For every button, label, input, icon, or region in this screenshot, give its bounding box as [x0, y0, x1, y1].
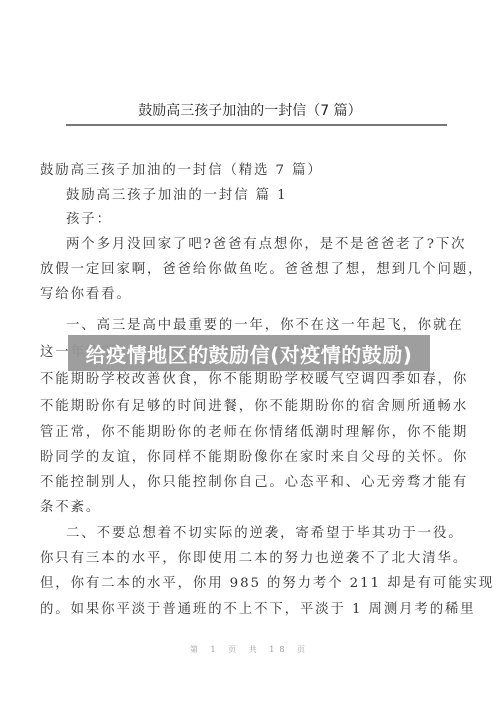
title-rule — [66, 124, 447, 126]
body-line: 但，你有二本的水平，你用 985 的努力考个 211 却是有可能实现 — [40, 575, 456, 593]
body-line: 一、高三是高中最重要的一年，你不在这一年起飞，你就在 — [66, 317, 482, 335]
body-line: 管正常，你不能期盼你的老师在你情绪低潮时理解你，你不能期 — [40, 424, 456, 442]
body-line: 盼同学的友谊，你同样不能期盼像你在家时来自父母的关怀。你 — [40, 449, 456, 467]
body-line: 两个多月没回家了吧?爸爸有点想你，是不是爸爸老了?下次 — [66, 236, 482, 254]
body-line: 不能控制别人，你只能控制你自己。心态平和、心无旁骛才能有 — [40, 474, 456, 492]
body-line: 不能期盼你有足够的时间进餐，你不能期盼你的宿舍厕所通畅水 — [40, 398, 456, 416]
page-footer: 第 1 页 共 18 页 — [0, 644, 500, 655]
body-line: 二、不要总想着不切实际的逆袭，寄希望于毕其功于一役。 — [66, 525, 482, 543]
document-title: 鼓励高三孩子加油的一封信（7 篇） — [0, 100, 500, 120]
section-heading: 鼓励高三孩子加油的一封信 篇 1 — [66, 187, 482, 205]
body-line: 写给你看看。 — [40, 286, 456, 304]
banner-title: 给疫情地区的鼓励信(对疫情的鼓励) — [86, 339, 413, 368]
body-line: 条不紊。 — [40, 499, 456, 517]
body-line: 不能期盼学校改善伙食，你不能期盼学校暖气空调四季如春，你 — [40, 371, 456, 389]
body-line: 的。如果你平淡于普通班的不上不下，平淡于 1 周测月考的稀里 — [40, 601, 456, 619]
subtitle-line: 鼓励高三孩子加油的一封信（精选 7 篇） — [40, 162, 456, 180]
salutation: 孩子： — [66, 211, 482, 229]
title-banner: 给疫情地区的鼓励信(对疫情的鼓励) — [68, 335, 430, 371]
body-line: 你只有三本的水平，你即使用二本的努力也逆袭不了北大清华。 — [40, 550, 456, 568]
body-line: 放假一定回家啊，爸爸给你做鱼吃。爸爸想了想，想到几个问题， — [40, 261, 456, 279]
